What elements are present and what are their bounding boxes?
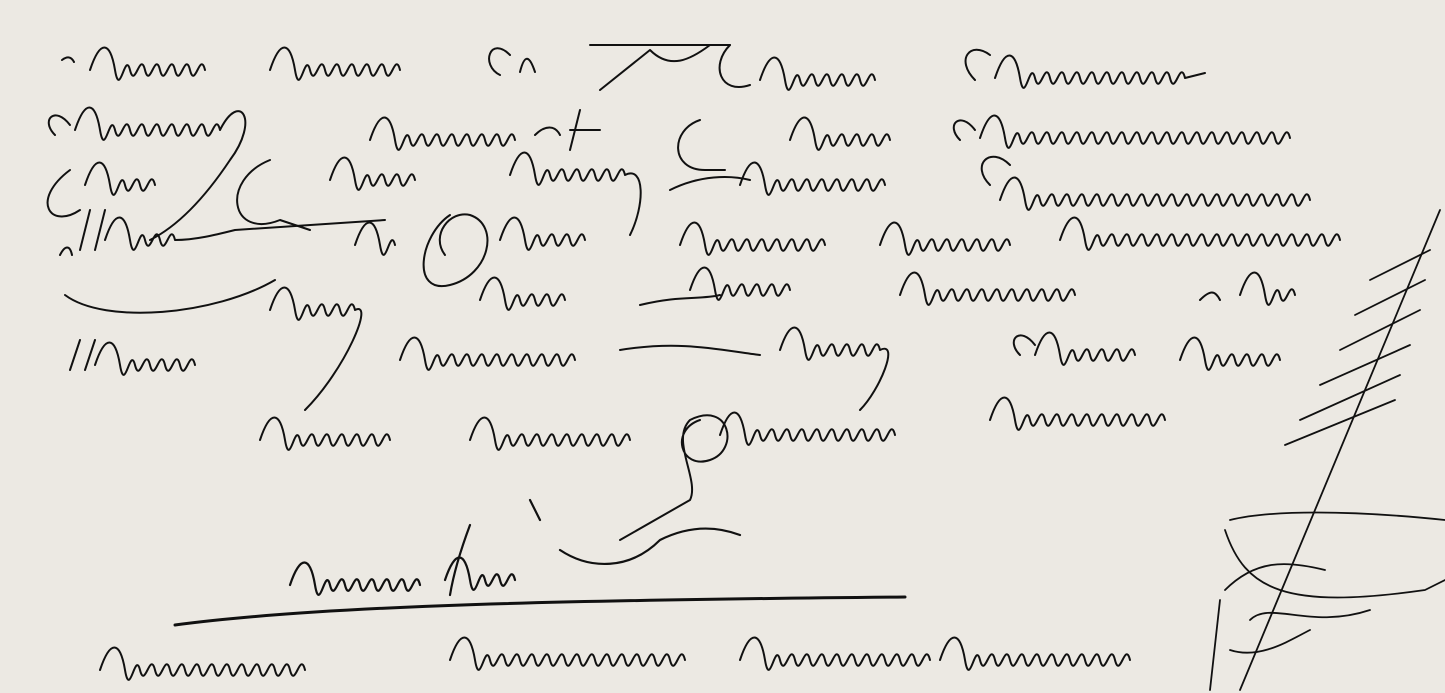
underlined-heading [175,500,905,625]
handwriting-drawing [0,0,1445,693]
handwriting-block [48,45,1340,680]
paper-background [0,0,1445,693]
